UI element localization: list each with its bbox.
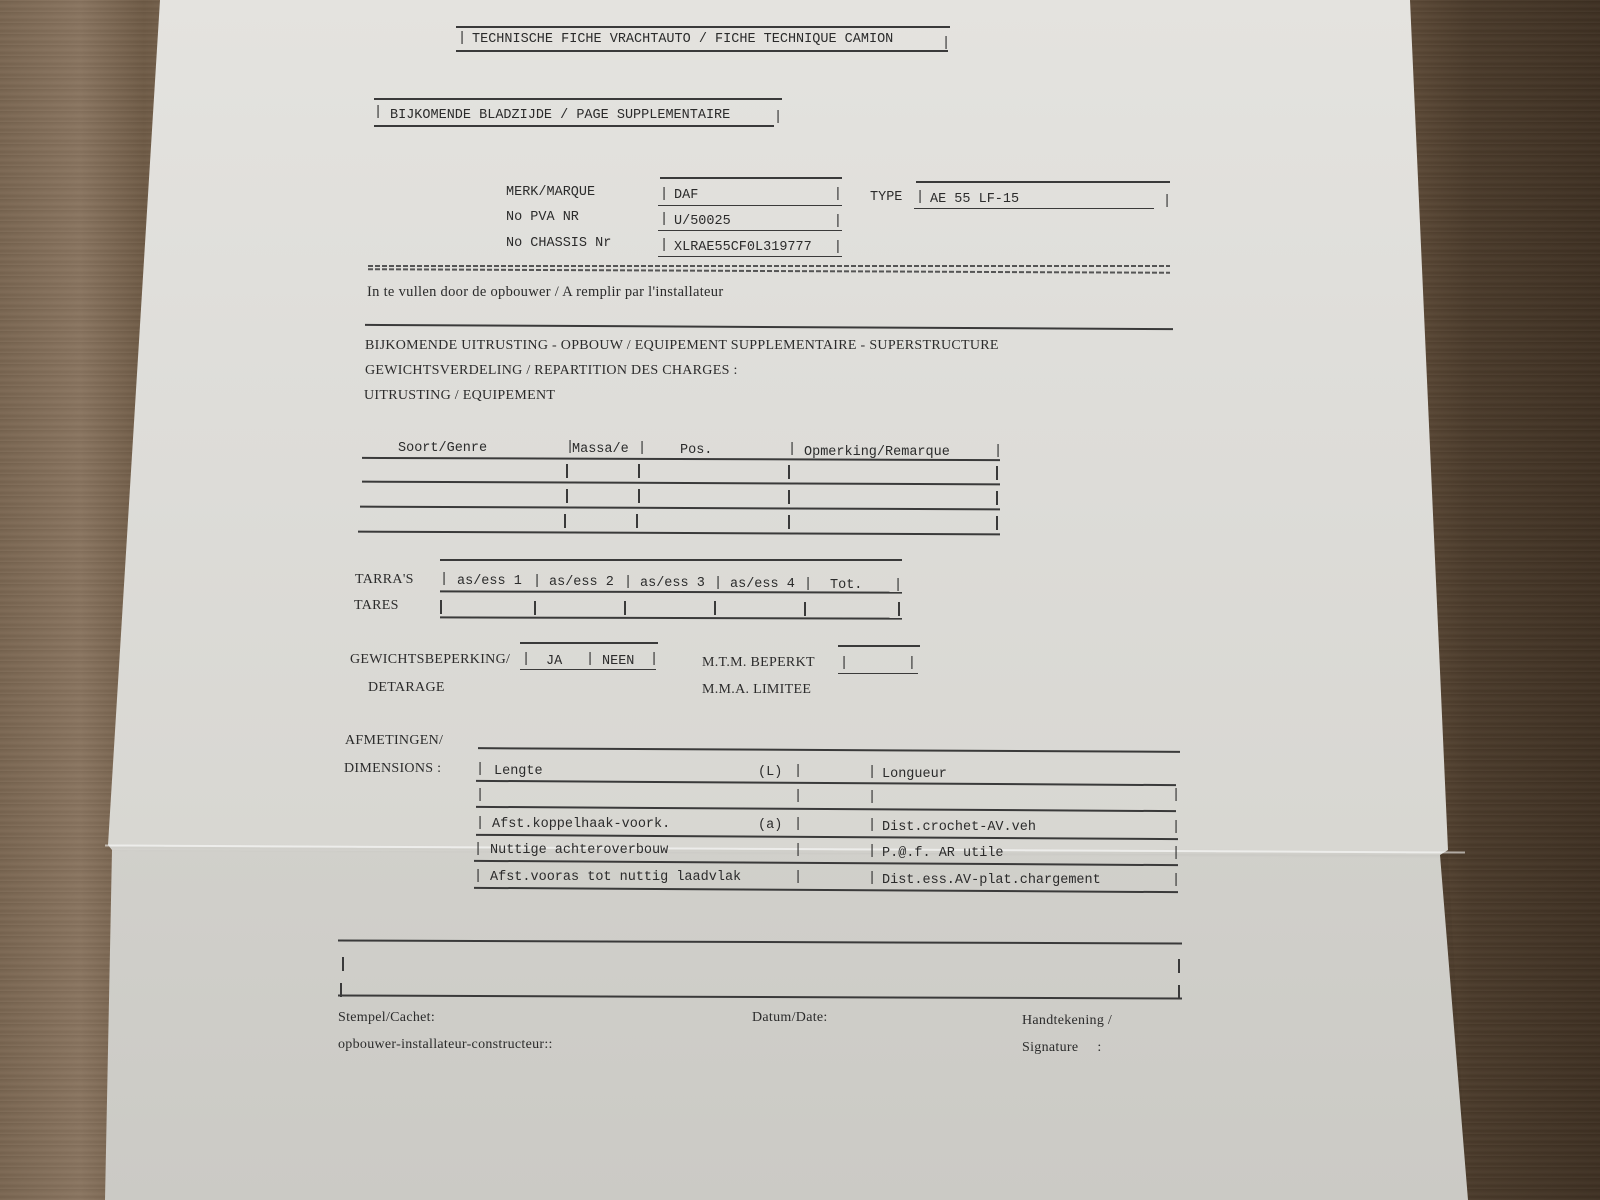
weight-distribution-heading: GEWICHTSVERDELING / REPARTITION DES CHAR…	[365, 363, 738, 379]
separator-dashed-bottom	[368, 268, 1170, 273]
section-divider	[365, 324, 1173, 330]
weight-limit-options: | JA | NEEN |	[520, 652, 656, 670]
dimension-nl-label: Afst.koppelhaak-voork.	[492, 817, 670, 832]
brand-field[interactable]: | DAF |	[658, 187, 842, 206]
remarks-top-rule	[338, 940, 1182, 944]
dimensions-top-rule	[478, 747, 1180, 752]
subtitle-left-bar: |	[374, 105, 382, 120]
chassis-label: No CHASSIS Nr	[506, 236, 611, 251]
dimension-code: (L)	[758, 765, 782, 780]
separator-dashed-top	[368, 265, 1170, 267]
tares-values-row[interactable]	[440, 598, 902, 616]
option-no[interactable]: NEEN	[602, 654, 634, 669]
brand-value: DAF	[674, 188, 698, 203]
col-header-type: Soort/Genre	[398, 441, 487, 456]
tares-col-axle-2: as/ess 2	[549, 575, 614, 590]
remarks-box[interactable]	[338, 945, 1182, 997]
dimensions-label-nl: AFMETINGEN/	[345, 733, 443, 749]
equipment-heading: UITRUSTING / EQUIPEMENT	[364, 388, 555, 404]
technical-sheet-document: | TECHNISCHE FICHE VRACHTAUTO / FICHE TE…	[0, 0, 1600, 1200]
signature-label-nl: Handtekening /	[1022, 1013, 1112, 1029]
col-header-mass: Massa/e	[572, 442, 629, 457]
dimension-row-blank[interactable]: | | |	[476, 788, 1180, 808]
dimension-row-length[interactable]: | Lengte (L) | | Longueur |	[476, 762, 1180, 782]
title-right-bar: |	[942, 36, 950, 51]
signature-label-fr: Signature :	[1022, 1040, 1102, 1056]
dimension-fr-label: P.@.f. AR utile	[882, 846, 1004, 861]
dimension-nl-label: Nuttige achteroverbouw	[490, 843, 668, 858]
mtm-top-rule	[838, 645, 920, 647]
subtitle-bottom-rule	[374, 125, 774, 127]
title-left-bar: |	[458, 31, 466, 46]
weight-limit-label-nl: GEWICHTSBEPERKING/	[350, 652, 510, 668]
extra-equipment-heading: BIJKOMENDE UITRUSTING - OPBOUW / EQUIPEM…	[365, 338, 999, 354]
tares-label-nl: TARRA'S	[355, 572, 414, 588]
pva-field[interactable]: | U/50025 |	[658, 212, 842, 231]
tares-col-axle-1: as/ess 1	[457, 574, 522, 589]
tares-label-fr: TARES	[354, 598, 399, 614]
stamp-sublabel: opbouwer-installateur-constructeur::	[338, 1037, 553, 1053]
chassis-field[interactable]: | XLRAE55CF0L319777 |	[658, 238, 842, 257]
col-header-position: Pos.	[680, 443, 712, 458]
dimension-row-rear-overhang[interactable]: | Nuttige achteroverbouw | | P.@.f. AR u…	[474, 842, 1180, 862]
dimension-code: (a)	[758, 818, 782, 833]
dimension-fr-label: Dist.crochet-AV.veh	[882, 820, 1036, 835]
type-value: AE 55 LF-15	[930, 192, 1019, 207]
dimensions-label-fr: DIMENSIONS :	[344, 761, 441, 777]
dimension-fr-label: Dist.ess.AV-plat.chargement	[882, 873, 1101, 888]
subtitle-right-bar: |	[774, 110, 782, 125]
type-label: TYPE	[870, 190, 902, 205]
dimension-nl-label: Afst.vooras tot nuttig laadvlak	[490, 870, 741, 885]
type-right-bar: |	[1163, 194, 1171, 209]
tares-col-axle-4: as/ess 4	[730, 577, 795, 592]
type-top-rule	[916, 181, 1170, 183]
mtm-label-nl: M.T.M. BEPERKT	[702, 655, 815, 671]
chassis-value: XLRAE55CF0L319777	[674, 240, 812, 255]
weight-limit-top-rule	[520, 642, 658, 644]
brand-label: MERK/MARQUE	[506, 185, 595, 200]
tares-top-rule	[440, 559, 902, 561]
pva-value: U/50025	[674, 214, 731, 229]
pva-label: No PVA NR	[506, 210, 579, 225]
mtm-field[interactable]: | |	[838, 656, 918, 674]
dimension-row-coupling-distance[interactable]: | Afst.koppelhaak-voork. (a) | | Dist.cr…	[476, 816, 1180, 836]
title-bottom-rule	[456, 50, 948, 52]
type-field[interactable]: | AE 55 LF-15	[914, 190, 1154, 209]
date-label: Datum/Date:	[752, 1010, 828, 1026]
weight-limit-label-fr: DETARAGE	[368, 680, 445, 696]
stamp-label: Stempel/Cachet:	[338, 1010, 435, 1026]
mtm-label-fr: M.M.A. LIMITEE	[702, 682, 811, 698]
tares-col-axle-3: as/ess 3	[640, 576, 705, 591]
dimension-row-front-axle-to-loadbed[interactable]: | Afst.vooras tot nuttig laadvlak | | Di…	[474, 869, 1180, 889]
subtitle-top-rule	[374, 98, 782, 100]
title-top-rule	[456, 26, 950, 28]
option-yes[interactable]: JA	[546, 654, 562, 669]
dimension-fr-label: Longueur	[882, 767, 947, 782]
document-title: TECHNISCHE FICHE VRACHTAUTO / FICHE TECH…	[472, 32, 893, 47]
installer-note: In te vullen door de opbouwer / A rempli…	[367, 284, 723, 301]
brand-top-rule	[660, 177, 842, 179]
document-subtitle: BIJKOMENDE BLADZIJDE / PAGE SUPPLEMENTAI…	[390, 108, 730, 123]
dimension-nl-label: Lengte	[494, 764, 543, 779]
